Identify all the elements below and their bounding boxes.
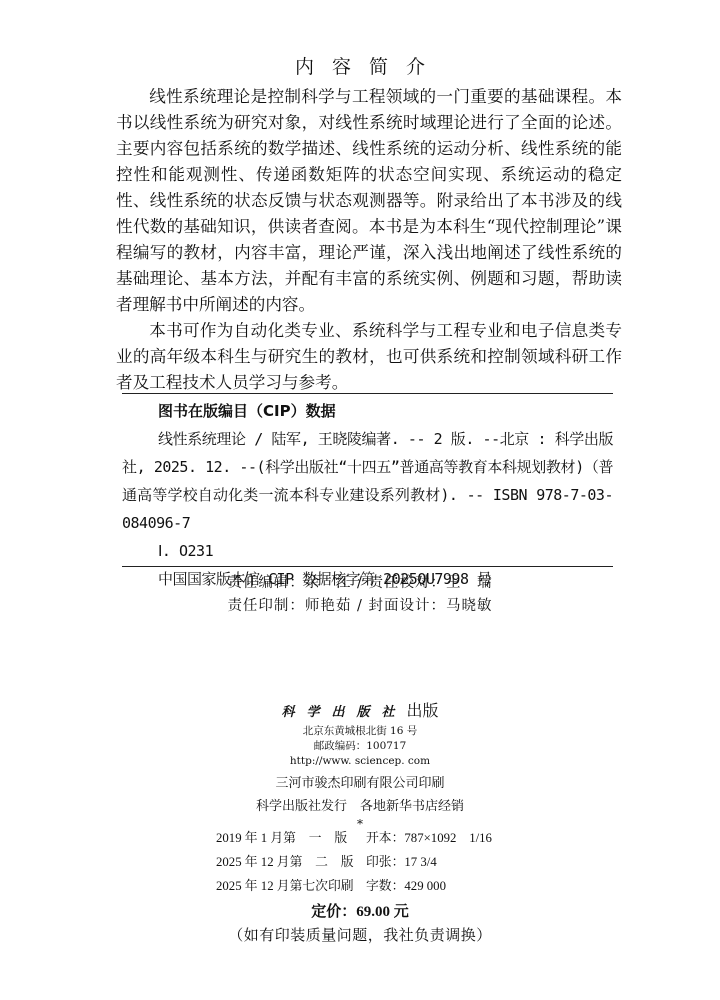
credits-editor-line: 责任编辑：余 江 / 责任校对：王 瑞: [0, 572, 720, 595]
publisher-logo: 科学出版社: [281, 705, 406, 720]
print-info-row: 2025 年 12 月第 二 版 印张：17 3/4: [216, 850, 492, 874]
cip-entry: 线性系统理论 / 陆军, 王晓陵编著. -- 2 版. --北京 : 科学出版社…: [122, 425, 613, 537]
print-info-table: 2019 年 1 月第 一 版 开本：787×1092 1/16 2025 年 …: [216, 826, 492, 898]
spec-cell: 字数：429 000: [366, 874, 446, 898]
publisher-block: 科学出版社出版 北京东黄城根北街 16 号 邮政编码：100717 http:/…: [0, 700, 720, 830]
edition-cell: 2025 年 12 月第 二 版: [216, 850, 366, 874]
cip-heading: 图书在版编目（CIP）数据: [122, 397, 613, 425]
summary-paragraph: 线性系统理论是控制科学与工程领域的一门重要的基础课程。本书以线性系统为研究对象，…: [116, 84, 622, 318]
publisher-suffix: 出版: [407, 701, 439, 720]
cip-bottom-rule: [122, 566, 613, 567]
print-info-row: 2025 年 12 月第七次印刷 字数：429 000: [216, 874, 492, 898]
page-title: 内容简介: [0, 52, 720, 79]
edition-cell: 2025 年 12 月第七次印刷: [216, 874, 366, 898]
spec-cell: 印张：17 3/4: [366, 850, 437, 874]
publisher-address: 北京东黄城根北街 16 号: [0, 724, 720, 739]
publisher-website: http://www. sciencep. com: [0, 754, 720, 769]
cip-classification: Ⅰ. O231: [122, 537, 613, 565]
publisher-postal-code: 邮政编码：100717: [0, 739, 720, 754]
book-summary: 线性系统理论是控制科学与工程领域的一门重要的基础课程。本书以线性系统为研究对象，…: [116, 84, 622, 396]
quality-notice: （如有印装质量问题，我社负责调换）: [0, 922, 720, 948]
cip-block: 图书在版编目（CIP）数据 线性系统理论 / 陆军, 王晓陵编著. -- 2 版…: [122, 397, 613, 593]
publisher-name: 科学出版社出版: [0, 700, 720, 724]
distribution-line: 科学出版社发行 各地新华书店经销: [0, 795, 720, 818]
printer-line: 三河市骏杰印刷有限公司印刷: [0, 772, 720, 795]
credits-production-line: 责任印制：师艳茹 / 封面设计：马晓敏: [0, 595, 720, 618]
credits-block: 责任编辑：余 江 / 责任校对：王 瑞 责任印制：师艳茹 / 封面设计：马晓敏: [0, 572, 720, 618]
spec-cell: 开本：787×1092 1/16: [366, 826, 492, 850]
price: 定价：69.00 元: [0, 900, 720, 924]
print-info-row: 2019 年 1 月第 一 版 开本：787×1092 1/16: [216, 826, 492, 850]
cip-top-rule: [122, 393, 613, 394]
edition-cell: 2019 年 1 月第 一 版: [216, 826, 366, 850]
summary-paragraph: 本书可作为自动化类专业、系统科学与工程专业和电子信息类专业的高年级本科生与研究生…: [116, 318, 622, 396]
